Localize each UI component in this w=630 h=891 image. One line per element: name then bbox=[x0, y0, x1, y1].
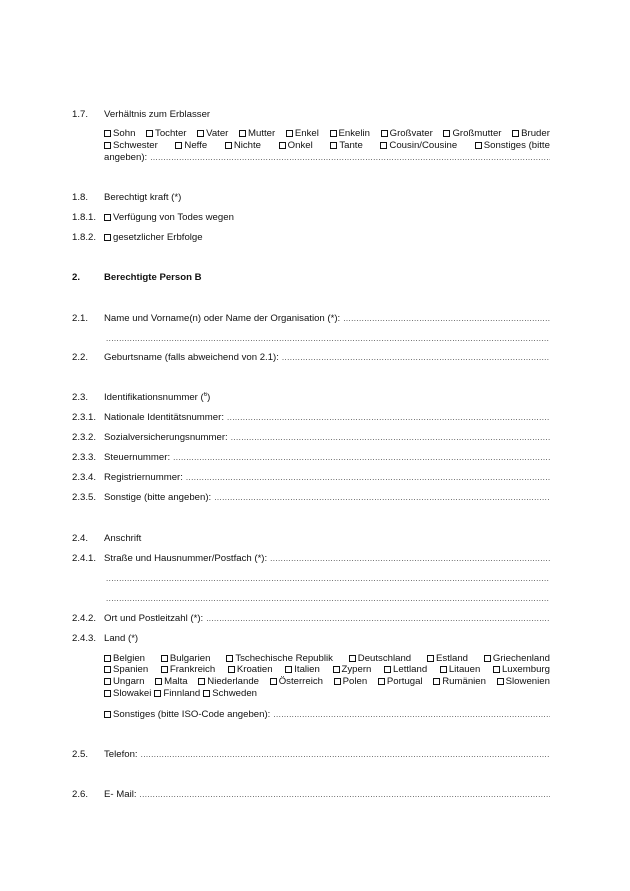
checkbox-label: Niederlande bbox=[207, 676, 259, 687]
checkbox-label: Slowakei bbox=[113, 688, 151, 699]
checkbox-label: Kroatien bbox=[237, 664, 273, 675]
dotted-input-line[interactable] bbox=[343, 313, 550, 325]
checkbox-option[interactable]: Enkelin bbox=[330, 128, 370, 140]
checkbox-label: Schweden bbox=[212, 688, 257, 699]
checkbox[interactable] bbox=[155, 678, 162, 685]
checkbox-option[interactable]: Finnland bbox=[154, 688, 200, 700]
checkbox[interactable] bbox=[427, 655, 434, 662]
checkbox[interactable] bbox=[104, 142, 111, 149]
checkbox-option[interactable]: Cousin/Cousine bbox=[380, 140, 457, 152]
checkbox[interactable] bbox=[161, 666, 168, 673]
checkbox-label: gesetzlicher Erbfolge bbox=[113, 232, 203, 243]
checkbox-label: Österreich bbox=[279, 676, 323, 687]
checkbox[interactable] bbox=[349, 655, 356, 662]
checkbox-option[interactable]: Ungarn bbox=[104, 676, 144, 688]
section-label-end: ) bbox=[207, 392, 210, 403]
checkbox-label: Neffe bbox=[184, 140, 207, 151]
checkbox-option[interactable]: Polen bbox=[334, 676, 368, 688]
section-label: Verhältnis zum Erblasser bbox=[104, 109, 213, 121]
checkbox-option[interactable]: Niederlande bbox=[198, 676, 259, 688]
dotted-input-line[interactable] bbox=[186, 472, 550, 484]
checkbox-label: Polen bbox=[343, 676, 368, 687]
field-label: angeben): bbox=[104, 152, 150, 164]
checkbox[interactable] bbox=[440, 666, 447, 673]
checkbox-option[interactable]: Slowenien bbox=[497, 676, 550, 688]
field-label: Straße und Hausnummer/Postfach (*): bbox=[104, 553, 270, 565]
checkbox-label: Nichte bbox=[234, 140, 261, 151]
checkbox[interactable] bbox=[104, 130, 111, 137]
country-heading: 2.4.3. Land (*) bbox=[72, 633, 550, 645]
street-field-continuation-2[interactable] bbox=[72, 593, 550, 605]
dotted-input-line[interactable] bbox=[227, 412, 550, 424]
field-label: Geburtsname (falls abweichend von 2.1): bbox=[104, 352, 282, 364]
section-label: Identifikationsnummer ( bbox=[104, 392, 204, 403]
checkbox-label: Schwester bbox=[113, 140, 158, 151]
option-disposition-upon-death[interactable]: 1.8.1. Verfügung von Todes wegen bbox=[72, 212, 550, 224]
checkbox[interactable] bbox=[493, 666, 500, 673]
country-options-row-2: SpanienFrankreichKroatienItalienZypernLe… bbox=[104, 664, 550, 676]
dotted-input-line[interactable] bbox=[106, 573, 550, 585]
section-number: 2. bbox=[72, 272, 80, 284]
checkbox-option[interactable]: Neffe bbox=[175, 140, 207, 152]
section-number: 2.3.4. bbox=[72, 472, 96, 484]
checkbox-label: Slowenien bbox=[506, 676, 550, 687]
checkbox[interactable] bbox=[225, 142, 232, 149]
checkbox-option[interactable]: Luxemburg bbox=[493, 664, 550, 676]
checkbox[interactable] bbox=[146, 130, 153, 137]
relationship-options-row-2: SchwesterNeffeNichteOnkelTanteCousin/Cou… bbox=[104, 140, 550, 152]
section-number: 2.4.3. bbox=[72, 633, 96, 645]
birth-name-field[interactable]: 2.2. Geburtsname (falls abweichend von 2… bbox=[72, 352, 550, 364]
checkbox-option[interactable]: Großvater bbox=[381, 128, 433, 140]
checkbox[interactable] bbox=[279, 142, 286, 149]
checkbox-label: Luxemburg bbox=[502, 664, 550, 675]
checkbox-option[interactable]: Litauen bbox=[440, 664, 480, 676]
field-label: Telefon: bbox=[104, 749, 141, 761]
option-intestate-succession[interactable]: 1.8.2. gesetzlicher Erbfolge bbox=[72, 232, 550, 244]
checkbox[interactable] bbox=[384, 666, 391, 673]
checkbox[interactable] bbox=[497, 678, 504, 685]
checkbox-label: Finnland bbox=[163, 688, 200, 699]
section-number: 2.3.1. bbox=[72, 412, 96, 424]
checkbox[interactable] bbox=[203, 690, 210, 697]
checkbox[interactable] bbox=[161, 655, 168, 662]
section-number: 2.4. bbox=[72, 533, 88, 545]
checkbox-option[interactable]: Österreich bbox=[270, 676, 323, 688]
checkbox[interactable] bbox=[475, 142, 482, 149]
field-label: Registriernummer: bbox=[104, 472, 186, 484]
checkbox-label: Sohn bbox=[113, 128, 135, 139]
checkbox-label: Bruder bbox=[521, 128, 550, 139]
field-label: Nationale Identitätsnummer: bbox=[104, 412, 227, 424]
checkbox-option[interactable]: Tante bbox=[330, 140, 362, 152]
street-field-continuation-1[interactable] bbox=[72, 573, 550, 585]
field-label: Sozialversicherungsnummer: bbox=[104, 432, 231, 444]
checkbox[interactable] bbox=[104, 234, 111, 241]
checkbox[interactable] bbox=[484, 655, 491, 662]
checkbox-option[interactable]: Schwester bbox=[104, 140, 158, 152]
checkbox-option[interactable]: Frankreich bbox=[161, 664, 215, 676]
checkbox[interactable] bbox=[104, 214, 111, 221]
section-number: 1.7. bbox=[72, 109, 88, 121]
checkbox[interactable] bbox=[380, 142, 387, 149]
checkbox-label: Vater bbox=[206, 128, 228, 139]
checkbox-label: Sonstiges (bitte bbox=[484, 140, 550, 151]
other-id-field[interactable]: 2.3.5. Sonstige (bitte angeben): bbox=[72, 492, 550, 504]
section-number: 2.4.1. bbox=[72, 553, 96, 565]
checkbox[interactable] bbox=[334, 678, 341, 685]
dotted-input-line[interactable] bbox=[140, 789, 550, 801]
field-label: Sonstige (bitte angeben): bbox=[104, 492, 214, 504]
checkbox[interactable] bbox=[104, 690, 111, 697]
section-number: 1.8.1. bbox=[72, 212, 96, 224]
checkbox[interactable] bbox=[285, 666, 292, 673]
dotted-input-line[interactable] bbox=[270, 553, 550, 565]
country-other-field[interactable]: Sonstiges (bitte ISO-Code angeben): bbox=[104, 709, 550, 721]
checkbox-label: Onkel bbox=[288, 140, 313, 151]
dotted-input-line[interactable] bbox=[106, 333, 550, 345]
section-number: 2.5. bbox=[72, 749, 88, 761]
dotted-input-line[interactable] bbox=[106, 593, 550, 605]
checkbox-label: Rumänien bbox=[442, 676, 486, 687]
checkbox-option[interactable]: Sonstiges (bitte bbox=[475, 140, 550, 152]
section-number: 2.3. bbox=[72, 392, 88, 404]
dotted-input-line[interactable] bbox=[282, 352, 550, 364]
phone-field[interactable]: 2.5. Telefon: bbox=[72, 749, 550, 761]
checkbox-option[interactable]: Schweden bbox=[203, 688, 257, 700]
section-number: 1.8.2. bbox=[72, 232, 96, 244]
section-title: Berechtigte Person B bbox=[104, 272, 205, 284]
checkbox-label: Deutschland bbox=[358, 653, 411, 664]
tax-number-field[interactable]: 2.3.3. Steuernummer: bbox=[72, 452, 550, 464]
dotted-input-line[interactable] bbox=[231, 432, 550, 444]
checkbox-option[interactable]: Onkel bbox=[279, 140, 313, 152]
dotted-input-line[interactable] bbox=[273, 709, 550, 721]
checkbox-label: Enkel bbox=[295, 128, 319, 139]
name-field-continuation[interactable] bbox=[72, 333, 550, 345]
checkbox[interactable] bbox=[512, 130, 519, 137]
checkbox-label: Italien bbox=[294, 664, 320, 675]
checkbox-label: Estland bbox=[436, 653, 468, 664]
country-options-row-3: UngarnMaltaNiederlandeÖsterreichPolenPor… bbox=[104, 676, 550, 688]
city-postcode-field[interactable]: 2.4.2. Ort und Postleitzahl (*): bbox=[72, 613, 550, 625]
section-number: 1.8. bbox=[72, 192, 88, 204]
dotted-input-line[interactable] bbox=[150, 152, 550, 164]
registry-number-field[interactable]: 2.3.4. Registriernummer: bbox=[72, 472, 550, 484]
checkbox-label: Griechenland bbox=[493, 653, 550, 664]
street-field[interactable]: 2.4.1. Straße und Hausnummer/Postfach (*… bbox=[72, 553, 550, 565]
checkbox-label: Ungarn bbox=[113, 676, 144, 687]
checkbox-label: Sonstiges (bitte ISO-Code angeben): bbox=[113, 709, 270, 720]
checkbox-label: Tschechische Republik bbox=[235, 653, 333, 664]
name-field[interactable]: 2.1. Name und Vorname(n) oder Name der O… bbox=[72, 313, 550, 325]
checkbox[interactable] bbox=[197, 130, 204, 137]
checkbox[interactable] bbox=[175, 142, 182, 149]
checkbox-option[interactable]: Italien bbox=[285, 664, 320, 676]
social-security-field[interactable]: 2.3.2. Sozialversicherungsnummer: bbox=[72, 432, 550, 444]
dotted-input-line[interactable] bbox=[173, 452, 550, 464]
checkbox-option[interactable]: Nichte bbox=[225, 140, 261, 152]
checkbox-label: Spanien bbox=[113, 664, 148, 675]
dotted-input-line[interactable] bbox=[214, 492, 550, 504]
section-number: 2.4.2. bbox=[72, 613, 96, 625]
checkbox-label: Bulgarien bbox=[170, 653, 211, 664]
section-2-heading: 2. Berechtigte Person B bbox=[72, 272, 550, 284]
checkbox-option[interactable]: Tochter bbox=[146, 128, 186, 140]
email-field[interactable]: 2.6. E- Mail: bbox=[72, 789, 550, 801]
checkbox-label: Portugal bbox=[387, 676, 423, 687]
field-label: Land (*) bbox=[104, 633, 141, 645]
checkbox[interactable] bbox=[104, 666, 111, 673]
section-number: 2.1. bbox=[72, 313, 88, 325]
checkbox[interactable] bbox=[378, 678, 385, 685]
checkbox[interactable] bbox=[154, 690, 161, 697]
section-number: 2.3.3. bbox=[72, 452, 96, 464]
checkbox[interactable] bbox=[104, 678, 111, 685]
checkbox-label: Cousin/Cousine bbox=[389, 140, 457, 151]
checkbox[interactable] bbox=[226, 655, 233, 662]
field-label: E- Mail: bbox=[104, 789, 140, 801]
checkbox-label: Enkelin bbox=[339, 128, 370, 139]
checkbox-option[interactable]: Portugal bbox=[378, 676, 423, 688]
checkbox-option[interactable]: Bruder bbox=[512, 128, 550, 140]
section-number: 2.2. bbox=[72, 352, 88, 364]
checkbox[interactable] bbox=[443, 130, 450, 137]
section-number: 2.3.5. bbox=[72, 492, 96, 504]
checkbox-label: Frankreich bbox=[170, 664, 215, 675]
country-options-row-4: SlowakeiFinnlandSchweden bbox=[104, 688, 550, 700]
checkbox-label: Großmutter bbox=[452, 128, 501, 139]
national-id-field[interactable]: 2.3.1. Nationale Identitätsnummer: bbox=[72, 412, 550, 424]
checkbox-label: Belgien bbox=[113, 653, 145, 664]
checkbox-option[interactable]: Spanien bbox=[104, 664, 148, 676]
dotted-input-line[interactable] bbox=[206, 613, 550, 625]
checkbox[interactable] bbox=[333, 666, 340, 673]
checkbox[interactable] bbox=[239, 130, 246, 137]
section-2-4-heading: 2.4. Anschrift bbox=[72, 533, 550, 545]
checkbox-label: Verfügung von Todes wegen bbox=[113, 212, 234, 223]
checkbox[interactable] bbox=[104, 655, 111, 662]
checkbox-option[interactable]: Mutter bbox=[239, 128, 275, 140]
section-1-8-heading: 1.8. Berechtigt kraft (*) bbox=[72, 192, 550, 204]
checkbox-label: Lettland bbox=[393, 664, 427, 675]
checkbox-label: Zypern bbox=[342, 664, 372, 675]
field-label: Name und Vorname(n) oder Name der Organi… bbox=[104, 313, 343, 325]
checkbox-label: Tochter bbox=[155, 128, 186, 139]
checkbox[interactable] bbox=[330, 130, 337, 137]
checkbox[interactable] bbox=[433, 678, 440, 685]
checkbox[interactable] bbox=[381, 130, 388, 137]
relationship-options-row-1: SohnTochterVaterMutterEnkelEnkelinGroßva… bbox=[104, 128, 550, 140]
checkbox-option[interactable]: Vater bbox=[197, 128, 228, 140]
checkbox-option[interactable]: Lettland bbox=[384, 664, 427, 676]
checkbox[interactable] bbox=[228, 666, 235, 673]
checkbox-option[interactable]: Großmutter bbox=[443, 128, 501, 140]
checkbox-label: Litauen bbox=[449, 664, 480, 675]
checkbox[interactable] bbox=[330, 142, 337, 149]
checkbox-option[interactable]: Enkel bbox=[286, 128, 319, 140]
checkbox-option[interactable]: Malta bbox=[155, 676, 187, 688]
checkbox-label: Großvater bbox=[390, 128, 433, 139]
checkbox-option[interactable]: Sohn bbox=[104, 128, 135, 140]
dotted-input-line[interactable] bbox=[141, 749, 550, 761]
field-label: Ort und Postleitzahl (*): bbox=[104, 613, 206, 625]
checkbox[interactable] bbox=[104, 711, 111, 718]
section-number: 2.6. bbox=[72, 789, 88, 801]
relationship-other-field[interactable]: angeben): bbox=[104, 152, 550, 164]
checkbox-option[interactable]: Slowakei bbox=[104, 688, 151, 700]
checkbox-option[interactable]: Zypern bbox=[333, 664, 372, 676]
section-1-7-heading: 1.7. Verhältnis zum Erblasser bbox=[72, 109, 550, 121]
checkbox-label: Malta bbox=[164, 676, 187, 687]
section-2-3-heading: 2.3. Identifikationsnummer (6) bbox=[72, 392, 550, 404]
checkbox-option[interactable]: Kroatien bbox=[228, 664, 273, 676]
section-number: 2.3.2. bbox=[72, 432, 96, 444]
checkbox[interactable] bbox=[286, 130, 293, 137]
checkbox[interactable] bbox=[270, 678, 277, 685]
section-label: Berechtigt kraft (*) bbox=[104, 192, 184, 204]
checkbox[interactable] bbox=[198, 678, 205, 685]
checkbox-option[interactable]: Rumänien bbox=[433, 676, 486, 688]
checkbox-label: Mutter bbox=[248, 128, 275, 139]
section-label: Anschrift bbox=[104, 533, 144, 545]
checkbox-label: Tante bbox=[339, 140, 362, 151]
field-label: Steuernummer: bbox=[104, 452, 173, 464]
